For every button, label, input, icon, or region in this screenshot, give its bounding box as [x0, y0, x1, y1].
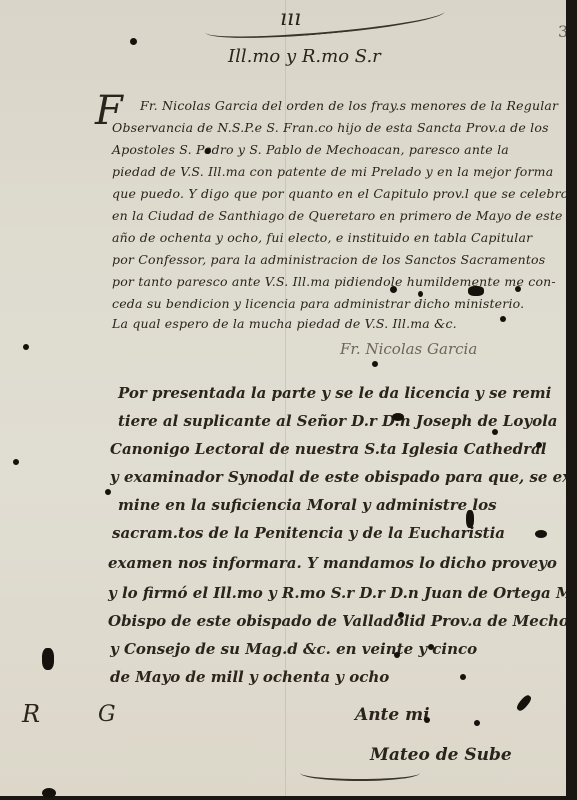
decree-line-4: y examinador Synodal de este obispado pa…	[110, 468, 577, 486]
ink-blot	[130, 38, 137, 45]
ink-blot	[42, 648, 54, 670]
petition-line-9: por tanto paresco ante V.S. Ill.ma pidie…	[112, 274, 556, 289]
ink-blot	[205, 148, 211, 154]
margin-mark-r: R	[22, 700, 40, 728]
decree-line-7: examen nos informara. Y mandamos lo dich…	[108, 554, 557, 572]
ink-blot	[392, 413, 404, 421]
ink-blot	[23, 344, 29, 350]
petition-line-11: La qual espero de la mucha piedad de V.S…	[112, 316, 457, 331]
decree-line-3: Canonigo Lectoral de nuestra S.ta Iglesi…	[110, 440, 546, 458]
ink-blot	[390, 286, 397, 293]
ink-blot	[466, 510, 474, 528]
margin-mark-g: G	[98, 702, 116, 727]
decree-line-8: y lo firmó el Ill.mo y R.mo S.r D.r D.n …	[108, 584, 577, 602]
ink-blot	[515, 694, 533, 713]
petition-line-2: Observancia de N.S.P.e S. Fran.co hijo d…	[112, 120, 549, 135]
ink-blot	[394, 652, 400, 658]
salutation: Ill.mo y R.mo S.r	[228, 46, 381, 67]
manuscript-page: 3 ııı Ill.mo y R.mo S.r F Fr. Nicolas Ga…	[0, 0, 569, 796]
ink-blot	[515, 286, 521, 292]
petition-line-6: en la Ciudad de Santhiago de Queretaro e…	[112, 208, 563, 223]
ink-blot	[105, 489, 111, 495]
decree-line-11: de Mayo de mill y ochenta y ocho	[110, 668, 389, 686]
decree-line-2: tiere al suplicante al Señor D.r D.n Jos…	[118, 412, 558, 430]
petition-line-1: Fr. Nicolas Garcia del orden de los fray…	[140, 98, 558, 113]
ink-blot	[492, 429, 498, 435]
ink-blot	[372, 361, 378, 367]
ink-blot	[42, 788, 56, 798]
decree-line-1: Por presentada la parte y se le da licen…	[118, 384, 551, 402]
ink-blot	[418, 291, 423, 297]
ink-blot	[398, 612, 404, 618]
ink-blot	[13, 459, 19, 465]
ink-blot	[500, 316, 506, 322]
notary-signature: Mateo de Sube	[370, 745, 512, 765]
ink-blot	[460, 674, 466, 680]
ink-blot	[536, 442, 542, 448]
ink-blot	[468, 286, 484, 296]
notary-flourish	[300, 765, 420, 781]
page-edge-shadow	[566, 0, 577, 800]
petition-line-4: piedad de V.S. Ill.ma con patente de mi …	[112, 164, 553, 179]
notary-ante-mi: Ante mi	[355, 705, 430, 725]
ink-blot	[474, 720, 480, 726]
decree-line-6: sacram.tos de la Penitencia y de la Euch…	[112, 524, 505, 542]
petitioner-signature: Fr. Nicolas Garcia	[340, 340, 477, 358]
petition-line-10: ceda su bendicion y licencia para admini…	[112, 296, 524, 311]
header-flourish	[204, 0, 445, 44]
petition-line-7: año de ochenta y ocho, fui electo, e ins…	[112, 230, 532, 245]
decree-line-10: y Consejo de su Mag.d &c. en veinte y ci…	[110, 640, 477, 658]
ink-blot	[424, 717, 430, 723]
petition-line-5: que puedo. Y digo que por quanto en el C…	[112, 186, 569, 201]
decree-line-5: mine en la suficiencia Moral y administr…	[118, 496, 497, 514]
ink-blot	[428, 644, 434, 650]
petition-line-3: Apostoles S. Pedro y S. Pablo de Mechoac…	[112, 142, 509, 157]
ink-blot	[535, 530, 547, 538]
decree-line-9: Obispo de este obispado de Valladolid Pr…	[108, 612, 577, 630]
petition-line-8: por Confessor, para la administracion de…	[112, 252, 545, 267]
